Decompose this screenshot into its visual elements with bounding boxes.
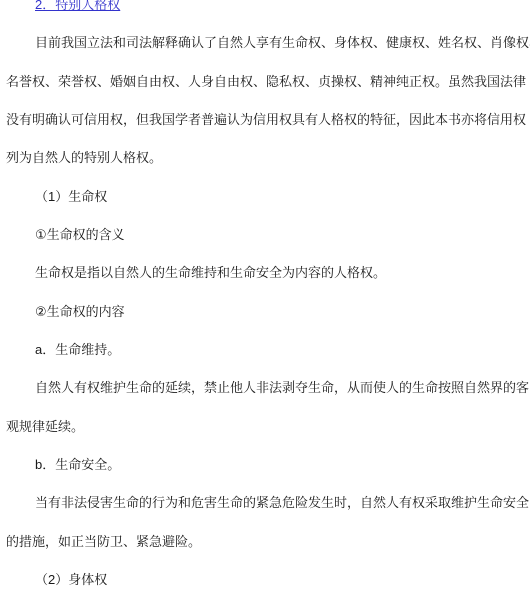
sub-heading-line: （1）生命权 bbox=[6, 178, 530, 216]
body-line: 自然人有权维护生命的延续，禁止他人非法剥夺生命，从而使人的生命按照自然界的客 bbox=[6, 369, 530, 407]
body-line: 目前我国立法和司法解释确认了自然人享有生命权、身体权、健康权、姓名权、肖像权、 bbox=[6, 24, 530, 62]
body-line: 名誉权、荣誉权、婚姻自由权、人身自由权、隐私权、贞操权、精神纯正权。虽然我国法律 bbox=[6, 63, 530, 101]
body-line: 生命权是指以自然人的生命维持和生命安全为内容的人格权。 bbox=[6, 254, 530, 292]
sub-heading-line: （2）身体权 bbox=[6, 561, 530, 599]
sub-heading-line: b．生命安全。 bbox=[6, 446, 530, 484]
sub-heading-line: ②生命权的内容 bbox=[6, 293, 530, 331]
sub-heading-line: a．生命维持。 bbox=[6, 331, 530, 369]
body-line: 没有明确认可信用权，但我国学者普遍认为信用权具有人格权的特征，因此本书亦将信用权 bbox=[6, 101, 530, 139]
sub-heading-line: ①生命权的含义 bbox=[6, 216, 530, 254]
body-line: 列为自然人的特别人格权。 bbox=[6, 139, 530, 177]
body-line: 当有非法侵害生命的行为和危害生命的紧急危险发生时，自然人有权采取维护生命安全 bbox=[6, 484, 530, 522]
document-page: 2．特别人格权 目前我国立法和司法解释确认了自然人享有生命权、身体权、健康权、姓… bbox=[0, 0, 530, 602]
text-flow: 2．特别人格权 目前我国立法和司法解释确认了自然人享有生命权、身体权、健康权、姓… bbox=[6, 0, 530, 599]
body-line: 的措施，如正当防卫、紧急避险。 bbox=[6, 523, 530, 561]
body-line: 观规律延续。 bbox=[6, 408, 530, 446]
section-heading-link[interactable]: 2．特别人格权 bbox=[6, 0, 530, 24]
